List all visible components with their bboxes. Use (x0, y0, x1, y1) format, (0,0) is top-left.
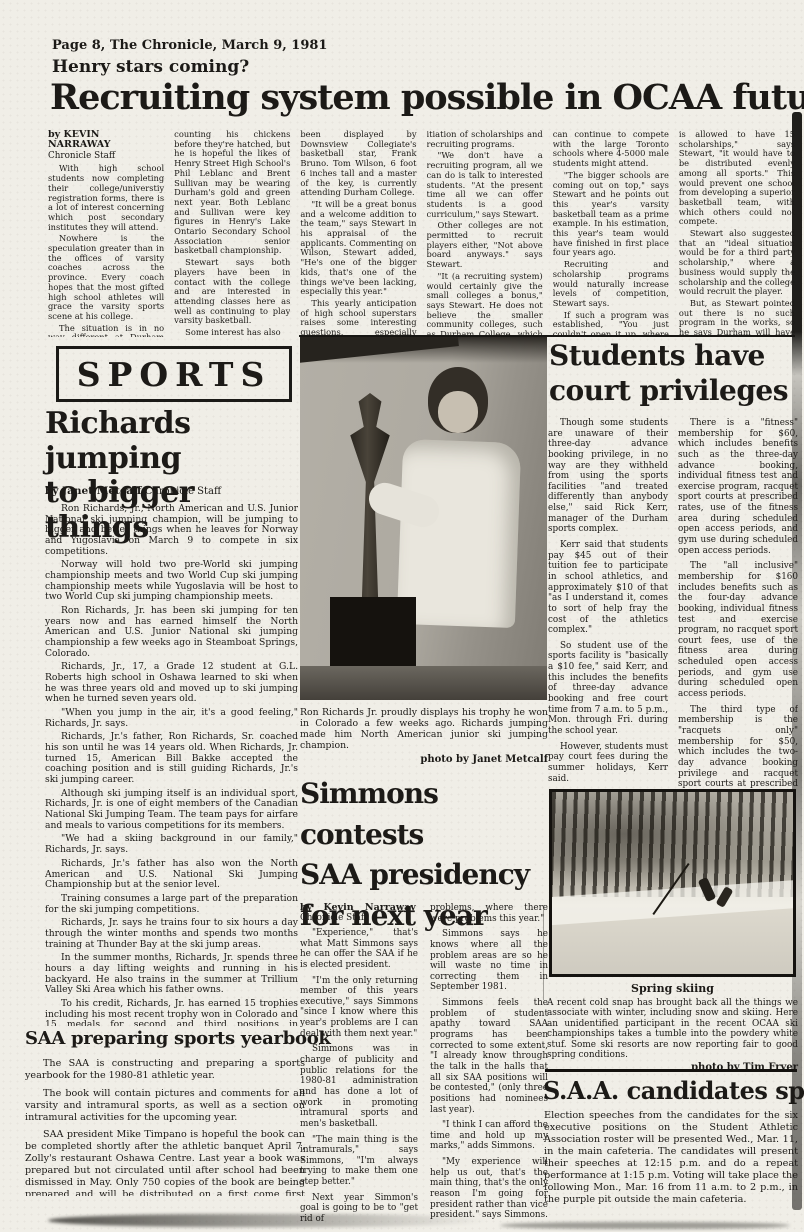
byline-org: Chronicle Staff (48, 151, 164, 162)
sports-section-box: SPORTS (56, 346, 292, 402)
paragraph: "I think I can afford the time and hold … (430, 1120, 548, 1152)
paragraph: The SAA is constructing and preparing a … (25, 1058, 305, 1082)
students-column-2: There is a "fitness" membership for $60,… (678, 418, 798, 790)
yearbook-headline: SAA preparing sports yearbook (25, 1028, 331, 1049)
paragraph: However, students must pay court fees du… (548, 742, 668, 785)
person-face (438, 391, 478, 433)
trophy-photo (300, 337, 547, 700)
lead-article: by KEVIN NARRAWAY Chronicle Staff With h… (48, 130, 795, 337)
lead-column-5: can continue to compete with the large T… (553, 130, 669, 337)
ski-caption-title: Spring skiing (549, 982, 796, 995)
lead-column-2: counting his chickens before they're hat… (174, 130, 290, 337)
byline-org: Chronicle Staff (300, 913, 418, 924)
paragraph: can continue to compete with the large T… (553, 130, 669, 169)
paragraph: Richards, Jr., 17, a Grade 12 student at… (45, 662, 298, 705)
candidates-article-body: Election speeches from the candidates fo… (544, 1110, 798, 1206)
simmons-column-1: by Kevin Narraway Chronicle Staff "Exper… (300, 903, 418, 1231)
students-headline: Students have court privileges (549, 338, 801, 408)
paragraph: problems, where there were problems this… (430, 903, 548, 924)
paragraph: With high school students now completing… (48, 164, 164, 232)
lead-column-3: been displayed by Downsview Collegiate's… (300, 130, 416, 337)
paragraph: "It (a recruiting system) would certainl… (427, 272, 543, 337)
paragraph: "The bigger schools are coming out on to… (553, 171, 669, 258)
paragraph: Nowhere is the speculation greater than … (48, 234, 164, 321)
paragraph: The "all inclusive" membership for $160 … (678, 561, 798, 699)
paragraph: To his credit, Richards, Jr. has earned … (45, 999, 298, 1026)
newspaper-page: Page 8, The Chronicle, March 9, 1981 Hen… (0, 0, 804, 1232)
paragraph: "It will be a great bonus and a welcome … (300, 200, 416, 297)
paragraph: "When you jump in the air, it's a good f… (45, 708, 298, 729)
paragraph: There is a "fitness" membership for $60,… (678, 418, 798, 556)
photo-credit: photo by Janet Metcalf (300, 754, 548, 765)
simmons-article: by Kevin Narraway Chronicle Staff "Exper… (300, 903, 548, 1231)
paragraph: Election speeches from the candidates fo… (544, 1110, 798, 1206)
paragraph: "My experience will help us out, that's … (430, 1157, 548, 1221)
paragraph: itiation of scholarships and recruiting … (427, 130, 543, 149)
paragraph: Richards, Jr.'s father has also won the … (45, 859, 298, 891)
page-header: Page 8, The Chronicle, March 9, 1981 (52, 38, 327, 53)
lead-column-4: itiation of scholarships and recruiting … (427, 130, 543, 337)
paragraph: If such a program was established, "You … (553, 311, 669, 337)
caption-text: A recent cold snap has brought back all … (547, 998, 798, 1060)
paragraph: "The main thing is the intramurals," say… (300, 1135, 418, 1188)
paragraph: counting his chickens before they're hat… (174, 130, 290, 256)
lead-column-1: by KEVIN NARRAWAY Chronicle Staff With h… (48, 130, 164, 337)
divider (545, 1069, 797, 1072)
students-column-1: Though some students are unaware of thei… (548, 418, 668, 790)
byline-org: Chronicle Staff (145, 486, 221, 497)
paragraph: Though some students are unaware of thei… (548, 418, 668, 535)
paragraph: is allowed to have 15 scholarships," say… (679, 130, 795, 227)
paragraph: But, as Stewart pointed out there is no … (679, 299, 795, 337)
yearbook-article-body: The SAA is constructing and preparing a … (25, 1058, 305, 1196)
paragraph: In the summer months, Richards, Jr. spen… (45, 953, 298, 996)
paragraph: Ron Richards, Jr. has been ski jumping f… (45, 606, 298, 659)
paragraph: Richards, Jr.'s father, Ron Richards, Sr… (45, 732, 298, 785)
paragraph: Next year Simmon's goal is going to be t… (300, 1193, 418, 1225)
paragraph: Training consumes a large part of the pr… (45, 894, 298, 915)
lead-column-6: is allowed to have 15 scholarships," say… (679, 130, 795, 337)
paragraph: Recruiting and scholarship programs woul… (553, 260, 669, 309)
simmons-byline: by Kevin Narraway Chronicle Staff (300, 903, 418, 924)
ski-photo (549, 789, 796, 977)
paragraph: Norway will hold two pre-World ski jumpi… (45, 560, 298, 603)
paragraph: "We had a skiing background in our famil… (45, 834, 298, 855)
sports-section-label: SPORTS (77, 355, 272, 394)
paragraph: Although ski jumping itself is an indivi… (45, 789, 298, 832)
paragraph: Some interest has also (174, 328, 290, 337)
paragraph: Richards, Jr. says he trains four to six… (45, 918, 298, 950)
paragraph: Simmons says he knows where all the prob… (430, 929, 548, 993)
paragraph: Other colleges are not permitted to recr… (427, 221, 543, 270)
paragraph: "Experience," that's what Matt Simmons s… (300, 928, 418, 971)
paragraph: SAA president Mike Timpano is hopeful th… (25, 1129, 305, 1196)
paragraph: Simmons feels the problem of student apa… (430, 998, 548, 1115)
paragraph: So student use of the sports facility is… (548, 641, 668, 737)
paragraph: Ron Richards, Jr., North American and U.… (45, 504, 298, 557)
paragraph: been displayed by Downsview Collegiate's… (300, 130, 416, 198)
richards-article-body: Ron Richards, Jr., North American and U.… (45, 504, 298, 1026)
paragraph: "We don't have a recruiting program, all… (427, 151, 543, 219)
paragraph: The book will contain pictures and comme… (25, 1088, 305, 1124)
column-rule (543, 905, 544, 1000)
paragraph: Stewart also suggested that an "ideal si… (679, 229, 795, 297)
photo-table (300, 666, 547, 700)
trophy-base (330, 597, 416, 667)
paragraph: Simmons was in charge of publicity and p… (300, 1044, 418, 1129)
paragraph: The third type of membership is the "rac… (678, 705, 798, 790)
kicker-headline: Henry stars coming? (52, 57, 249, 77)
paragraph: The situation is in no way different at … (48, 324, 164, 337)
candidates-headline: S.A.A. candidates speak (543, 1076, 801, 1105)
paragraph: "I'm the only returning member of this y… (300, 976, 418, 1040)
byline-author: by KEVIN NARRAWAY (48, 130, 164, 151)
paragraph: Stewart says both players have been in c… (174, 258, 290, 326)
trophy-photo-caption: Ron Richards Jr. proudly displays his tr… (300, 707, 548, 765)
richards-byline: by Janet Metcalf Chronicle Staff (45, 486, 221, 498)
paragraph: This yearly anticipation of high school … (300, 299, 416, 337)
students-article: Though some students are unaware of thei… (548, 418, 798, 790)
caption-text: Ron Richards Jr. proudly displays his tr… (300, 707, 548, 752)
trees (552, 792, 793, 897)
byline-author: by Janet Metcalf (45, 485, 142, 497)
lead-byline: by KEVIN NARRAWAY Chronicle Staff (48, 130, 164, 161)
byline-author: by Kevin Narraway (300, 903, 418, 913)
paragraph: Kerr said that students pay $45 out of t… (548, 540, 668, 636)
lead-headline: Recruiting system possible in OCAA futur… (50, 77, 798, 118)
simmons-column-2: problems, where there were problems this… (430, 903, 548, 1231)
ski-photo-caption: A recent cold snap has brought back all … (547, 998, 798, 1073)
